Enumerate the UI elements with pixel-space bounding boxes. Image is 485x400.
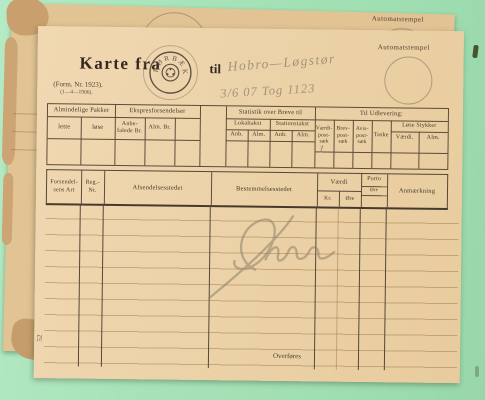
- torn-edge-left: [2, 37, 18, 165]
- col-loese-alm: Alm.: [419, 132, 448, 145]
- col-lokaltakst: Lokaltakst: [226, 118, 270, 130]
- scanned-postal-form: Automatstempel Automatstempel Karte fra …: [0, 0, 485, 400]
- til-label: til: [209, 61, 221, 77]
- col-loese-stykker: Løse Stykker: [391, 120, 448, 132]
- postmark-letter: Ø: [155, 58, 164, 67]
- col-stationstakst: Stationstakst: [270, 119, 315, 131]
- col-ekspres-title: Ekspresforsendelser: [115, 105, 200, 118]
- form-number: (Form. Nr. 1923). (1—4—1906).: [53, 80, 103, 96]
- col-statistik-title: Statistik over Breve til: [226, 106, 315, 119]
- col-porto-oere: Øre: [361, 186, 387, 195]
- postmark-letter: R: [152, 67, 161, 73]
- col-loese-vaerdi: Værdi.: [391, 131, 419, 144]
- edge-mark-small: [475, 366, 479, 377]
- front-sheet: Automatstempel Karte fra R Ø R B Æ K til…: [34, 26, 464, 383]
- automatstempel-label-front: Automatstempel: [368, 43, 440, 52]
- postmark-letter: K: [181, 69, 189, 75]
- col-station-anb: Anb.: [270, 130, 292, 141]
- col-afsendelsesstedet: Afsendelsesstedet: [104, 171, 211, 205]
- automatstempel-label-back: Automatstempel: [362, 14, 434, 24]
- col-bestemmelsesstedet: Bestemmelsesstedet: [211, 172, 317, 206]
- col-anmaerkning: Anmærkning: [387, 174, 447, 208]
- signature: [193, 208, 344, 305]
- sheet-number: 52: [36, 334, 44, 341]
- col-brevpostsaek: Brev- post- sæk: [333, 120, 352, 152]
- col-porto: Porto: [361, 174, 387, 186]
- col-anbefalede-br: Anbe- falede Br.: [115, 117, 145, 139]
- col-vaerdi-oere: Øre: [339, 191, 361, 207]
- handwritten-train-info: 3/6 07 Tog 1123: [220, 81, 316, 101]
- col-taske: Taske: [371, 120, 390, 152]
- postmark-letter: R: [163, 54, 170, 63]
- form-number-sub: (1—4—1906).: [53, 89, 103, 96]
- pencil-entry: 1: [318, 143, 325, 156]
- col-lette: lette: [48, 116, 81, 138]
- col-vaerdi: Værdi: [317, 173, 361, 191]
- postmark-stamp: R Ø R B Æ K: [141, 43, 200, 102]
- carry-forward-label: Overføres: [239, 351, 301, 360]
- col-almindelige-pakker-title: Almindelige Pakker: [48, 104, 115, 117]
- col-loese: løse: [81, 117, 115, 139]
- col-avispostsaek: Avis- post- sæk: [352, 120, 371, 152]
- col-vaerdi-kr: Kr.: [317, 190, 339, 206]
- col-forsendelsens-art: Forsendel- sens Art: [47, 170, 81, 203]
- postmark-letter: Æ: [176, 58, 186, 68]
- col-lokal-alm: Alm.: [248, 130, 270, 141]
- edge-mark: [472, 45, 479, 59]
- torn-edge-left-lower: [2, 173, 14, 245]
- col-lokal-anb: Anb.: [226, 129, 248, 140]
- col-alm-br: Alm. Br.: [145, 117, 175, 139]
- top-summary-table: Almindelige Pakker lette løse Ekspresfor…: [46, 103, 449, 170]
- form-number-main: (Form. Nr. 1923).: [53, 80, 103, 89]
- col-reg-nr: Reg.- Nr.: [81, 171, 104, 204]
- stamp-placeholder-circle: [384, 56, 433, 105]
- handwritten-destination: Hobro—Løgstør: [227, 51, 336, 75]
- col-station-alm: Alm.: [292, 130, 315, 141]
